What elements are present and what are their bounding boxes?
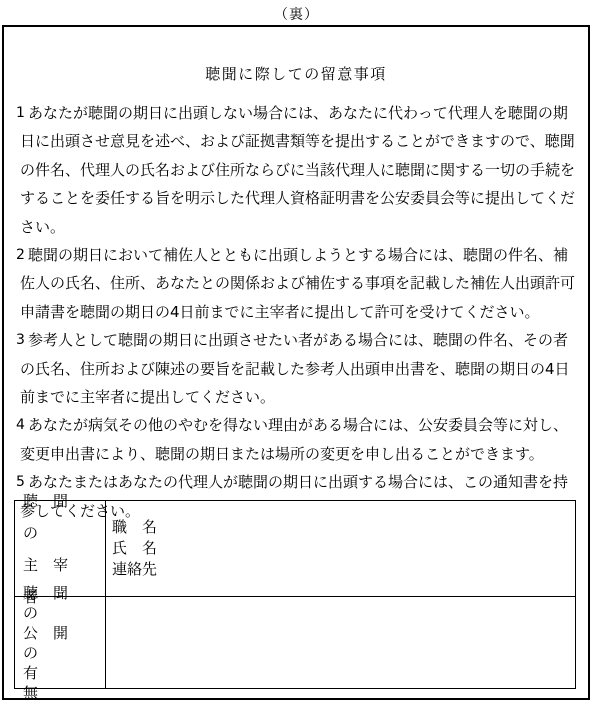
presiding-officer-value-cell: 職 名 氏 名 連絡先 (106, 501, 575, 596)
hearing-public-header-cell: 聴 聞 の 公 開 の 有 無 (15, 597, 106, 688)
header-line: 聴 聞 の (23, 583, 97, 623)
item-number: 1 (16, 99, 28, 127)
document-page: （裏） 聴聞に際しての留意事項 1あなたが聴聞の期日に出頭しない場合には、あなた… (0, 0, 593, 712)
header-line: 聴 聞 の (23, 485, 97, 549)
hearing-public-value-cell (106, 597, 575, 688)
table-row-presiding-officer: 聴 聞 の 主 宰 者 職 名 氏 名 連絡先 (15, 501, 575, 597)
value-line-name: 氏 名 (112, 538, 575, 559)
header-line: 公 開 の (23, 623, 97, 663)
notice-item-4: 4あなたが病気その他のやむを得ない理由がある場合には、公安委員会等に対し、変更申… (14, 411, 575, 468)
side-label: （裏） (0, 4, 593, 24)
item-text: あなたが聴聞の期日に出頭しない場合には、あなたに代わって代理人を聴聞の期日に出頭… (20, 104, 575, 236)
item-number: 4 (16, 411, 28, 439)
notice-item-2: 2聴聞の期日において補佐人とともに出頭しようとする場合には、聴聞の件名、補佐人の… (14, 241, 575, 326)
item-number: 3 (16, 326, 28, 354)
document-title: 聴聞に際しての留意事項 (4, 63, 588, 84)
item-text: 参考人として聴聞の期日に出頭させたい者がある場合には、聴聞の件名、その者の氏名、… (20, 331, 570, 406)
notice-item-1: 1あなたが聴聞の期日に出頭しない場合には、あなたに代わって代理人を聴聞の期日に出… (14, 99, 575, 241)
item-text: 聴聞の期日において補佐人とともに出頭しようとする場合には、聴聞の件名、補佐人の氏… (20, 246, 575, 321)
hearing-info-table: 聴 聞 の 主 宰 者 職 名 氏 名 連絡先 聴 聞 の 公 開 の 有 無 (14, 500, 576, 689)
table-row-hearing-public: 聴 聞 の 公 開 の 有 無 (15, 597, 575, 688)
notice-item-3: 3参考人として聴聞の期日に出頭させたい者がある場合には、聴聞の件名、その者の氏名… (14, 326, 575, 411)
notice-items: 1あなたが聴聞の期日に出頭しない場合には、あなたに代わって代理人を聴聞の期日に出… (14, 99, 575, 525)
document-border-frame: 聴聞に際しての留意事項 1あなたが聴聞の期日に出頭しない場合には、あなたに代わっ… (2, 25, 590, 700)
header-line: 有 無 (23, 663, 97, 703)
item-text: あなたが病気その他のやむを得ない理由がある場合には、公安委員会等に対し、変更申出… (20, 416, 568, 462)
value-line-contact: 連絡先 (112, 559, 575, 580)
item-number: 2 (16, 241, 28, 269)
value-line-title: 職 名 (112, 517, 575, 538)
